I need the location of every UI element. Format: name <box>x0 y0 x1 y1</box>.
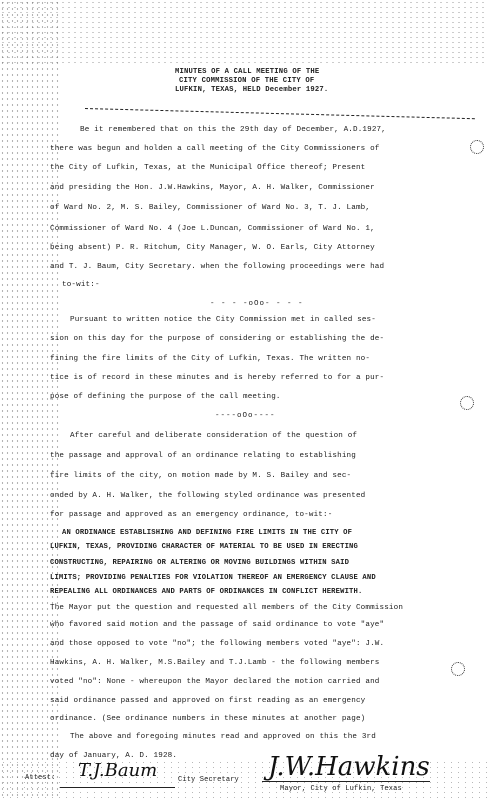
text-line: and presiding the Hon. J.W.Hawkins, Mayo… <box>50 184 375 192</box>
text-line: day of January, A. D. 1928. <box>50 752 177 760</box>
punch-hole-mark <box>470 140 484 154</box>
ordinance-caption-line: CONSTRUCTING, REPAIRING OR ALTERING OR M… <box>50 559 349 567</box>
text-line: for passage and approved as an emergency… <box>50 511 332 519</box>
ordinance-caption-line: REPEALING ALL ORDINANCES AND PARTS OF OR… <box>50 588 362 596</box>
text-line: The Mayor put the question and requested… <box>50 604 403 612</box>
ordinance-caption-line: LUFKIN, TEXAS, PROVIDING CHARACTER OF MA… <box>50 543 358 551</box>
document-title: MINUTES OF A CALL MEETING OF THE CITY CO… <box>175 68 395 95</box>
text-line: tice is of record in these minutes and i… <box>50 374 384 382</box>
text-line: Be it remembered that on this the 29th d… <box>80 126 386 134</box>
header-divider-rule <box>85 108 475 119</box>
text-line: who favored said motion and the passage … <box>50 621 384 629</box>
secretary-signature: T.J.Baum <box>78 760 157 781</box>
text-line: sion on this day for the purpose of cons… <box>50 335 384 343</box>
text-line: onded by A. H. Walker, the following sty… <box>50 492 365 500</box>
text-line: fining the fire limits of the City of Lu… <box>50 355 370 363</box>
mayor-signature-line <box>262 781 430 782</box>
text-line: the City of Lufkin, Texas, at the Munici… <box>50 164 365 172</box>
title-line: CITY COMMISSION OF THE CITY OF <box>175 77 395 86</box>
text-line: said ordinance passed and approved on fi… <box>50 697 365 705</box>
text-line: Commissioner of Ward No. 4 (Joe L.Duncan… <box>50 225 375 233</box>
title-line: LUFKIN, TEXAS, HELD December 1927. <box>175 86 395 95</box>
scanned-document-page: MINUTES OF A CALL MEETING OF THE CITY CO… <box>0 0 488 800</box>
text-line: to-wit:- <box>62 281 100 289</box>
text-line: Pursuant to written notice the City Comm… <box>70 316 376 324</box>
text-line: being absent) P. R. Ritchum, City Manage… <box>50 244 375 252</box>
text-line: and T. J. Baum, City Secretary. when the… <box>50 263 384 271</box>
punch-hole-mark <box>451 662 465 676</box>
punch-hole-mark <box>460 396 474 410</box>
ordinance-caption-line: LIMITS; PROVIDING PENALTIES FOR VIOLATIO… <box>50 574 376 582</box>
text-line: fire limits of the city, on motion made … <box>50 472 351 480</box>
text-line: ordinance. (See ordinance numbers in the… <box>50 715 365 723</box>
section-divider: ----oOo---- <box>215 412 276 420</box>
text-line: of Ward No. 2, M. S. Bailey, Commissione… <box>50 204 370 212</box>
secretary-signature-line <box>60 787 175 788</box>
scan-noise-top <box>0 0 488 65</box>
title-line: MINUTES OF A CALL MEETING OF THE <box>175 68 395 77</box>
text-line: and those opposed to vote "no"; the foll… <box>50 640 384 648</box>
text-line: voted "no": None - whereupon the Mayor d… <box>50 678 380 686</box>
text-line: The above and foregoing minutes read and… <box>70 733 376 741</box>
section-divider: - - - -oOo- - - - <box>210 300 304 308</box>
secretary-title: City Secretary <box>178 776 239 784</box>
ordinance-caption-line: AN ORDINANCE ESTABLISHING AND DEFINING F… <box>62 529 352 537</box>
mayor-title: Mayor, City of Lufkin, Texas <box>280 785 402 793</box>
text-line: pose of defining the purpose of the call… <box>50 393 281 401</box>
text-line: After careful and deliberate considerati… <box>70 432 357 440</box>
attest-label: Attest: <box>25 774 55 782</box>
text-line: there was begun and holden a call meetin… <box>50 145 380 153</box>
mayor-signature: J.W.Hawkins <box>268 752 430 782</box>
text-line: the passage and approval of an ordinance… <box>50 452 356 460</box>
text-line: Hawkins, A. H. Walker, M.S.Bailey and T.… <box>50 659 380 667</box>
